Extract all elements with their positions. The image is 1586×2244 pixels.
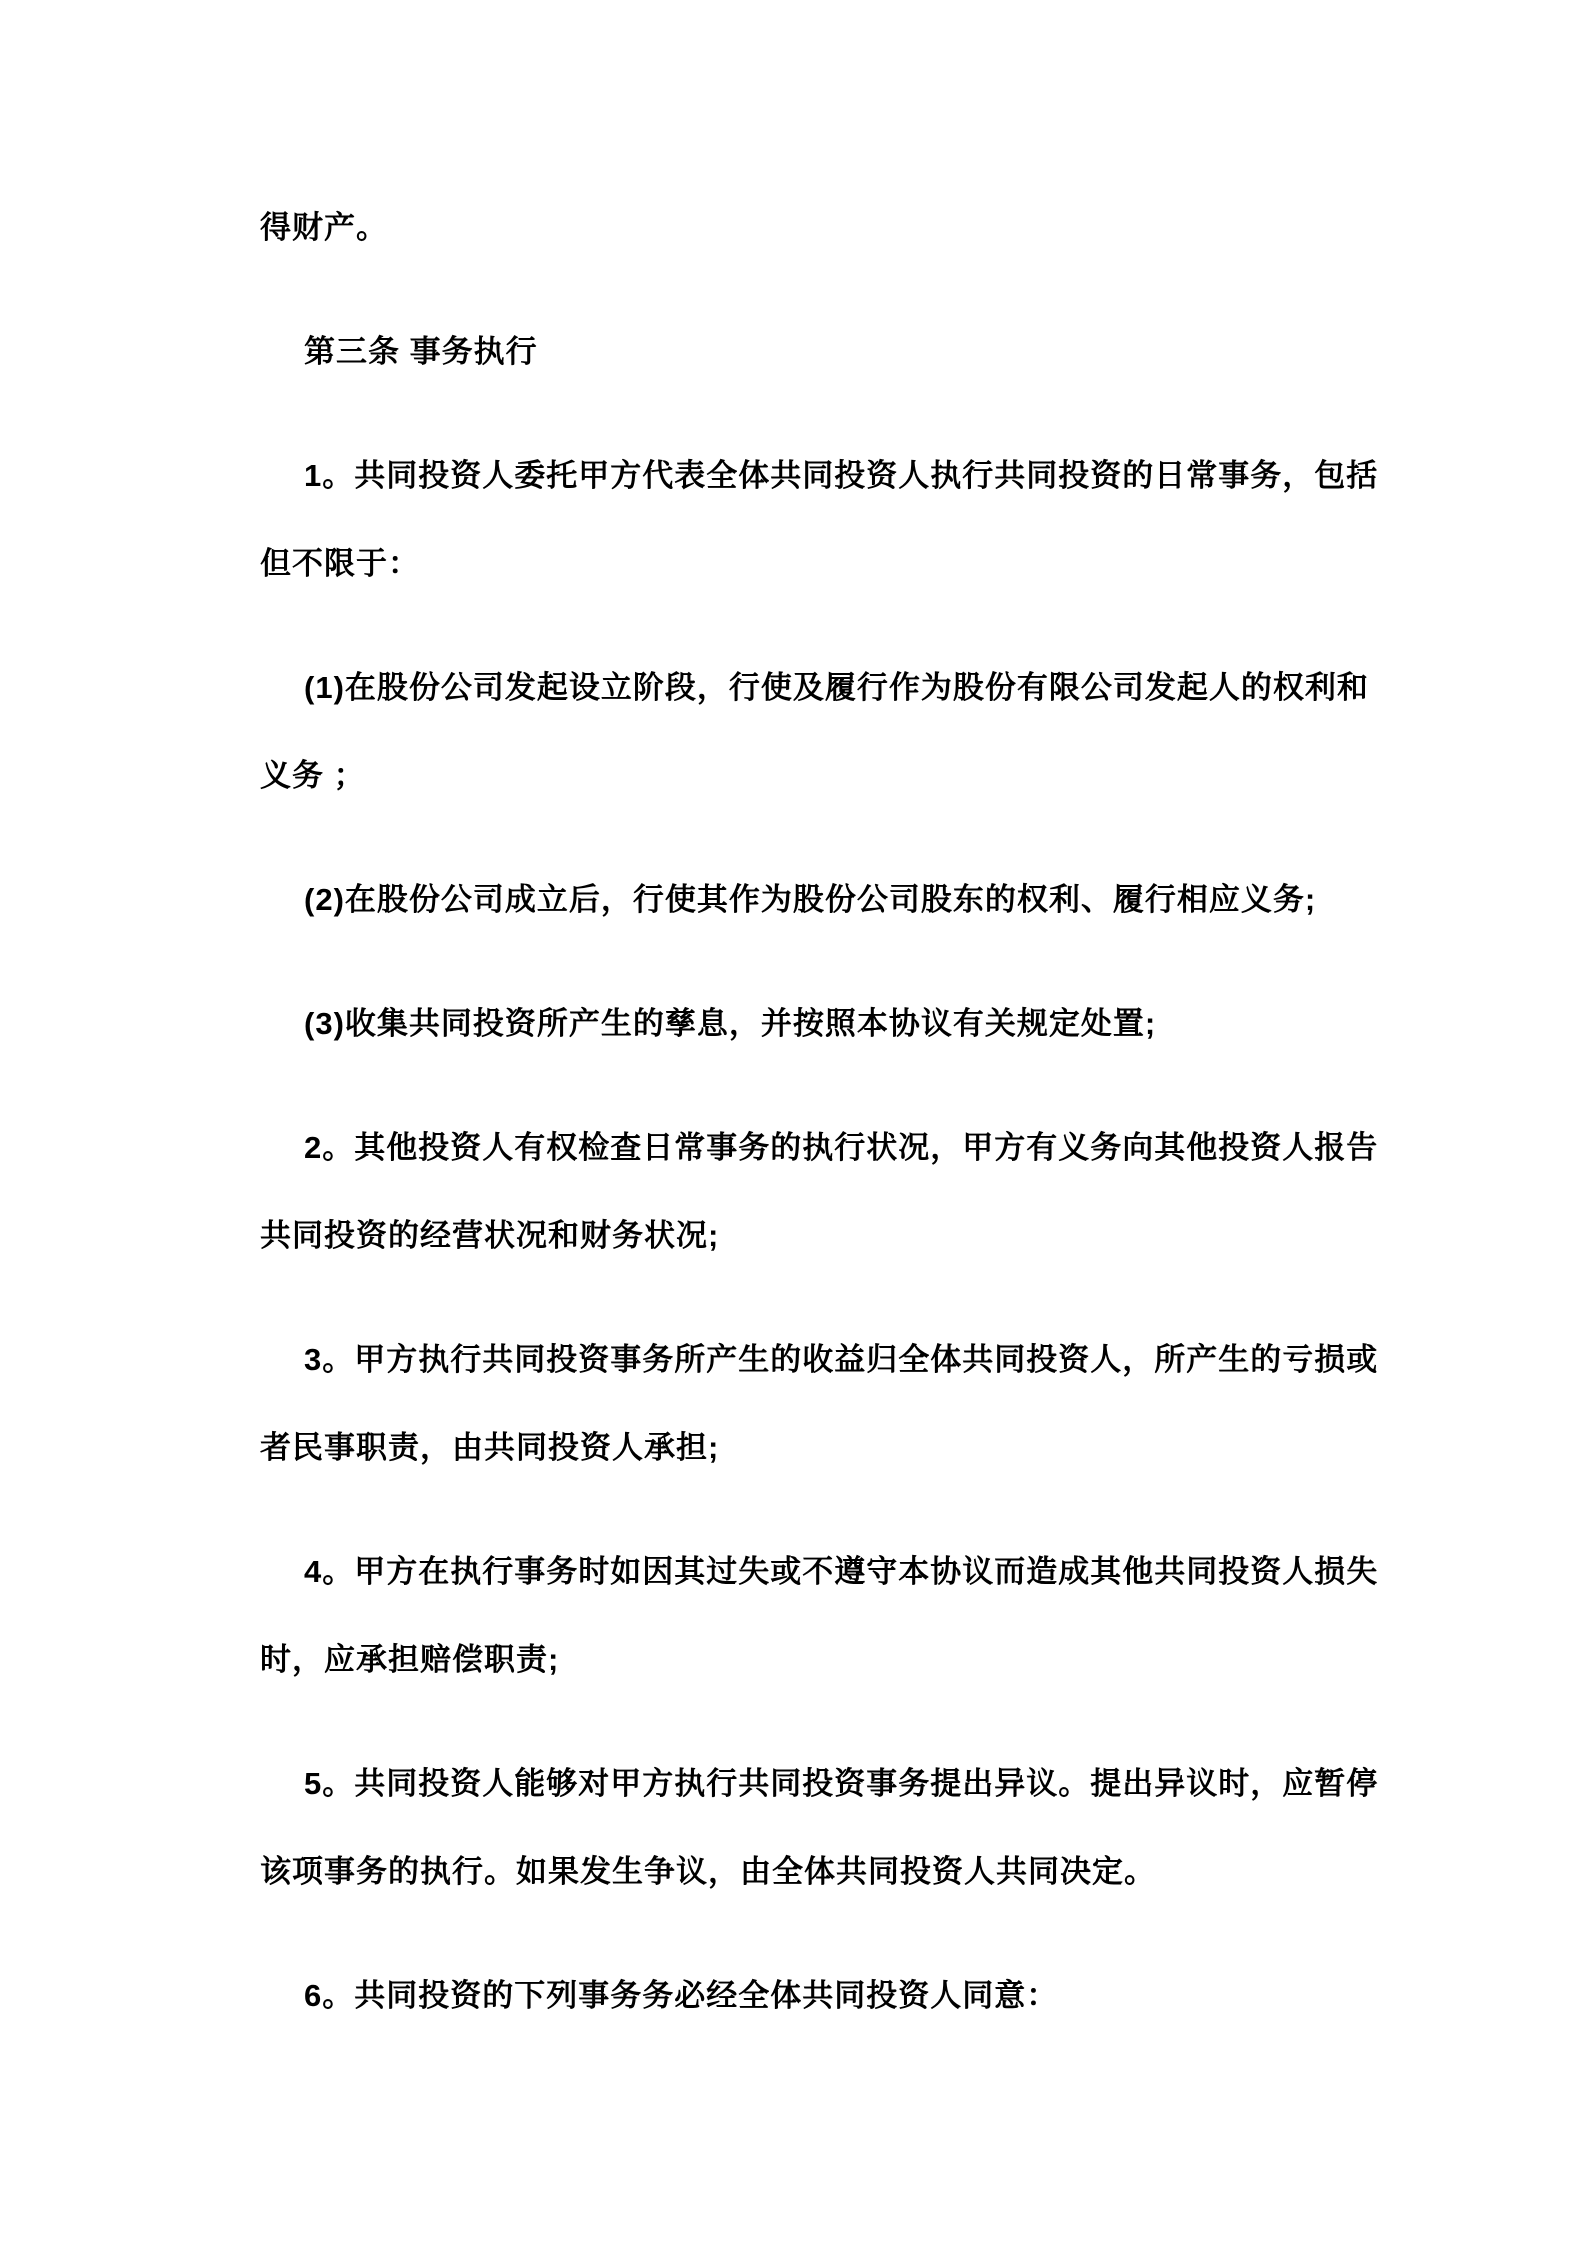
paragraph-item-1: 1。共同投资人委托甲方代表全体共同投资人执行共同投资的日常事务，包括 但不限于： (260, 432, 1406, 608)
section-heading-text: 第三条 事务执行 (260, 308, 1406, 396)
paragraph-line: (1)在股份公司发起设立阶段，行使及履行作为股份有限公司发起人的权利和 (260, 644, 1406, 732)
paragraph-item-5: 5。共同投资人能够对甲方执行共同投资事务提出异议。提出异议时，应暂停 该项事务的… (260, 1740, 1406, 1916)
paragraph-subitem-3: (3)收集共同投资所产生的孳息，并按照本协议有关规定处置; (260, 980, 1406, 1068)
paragraph-item-2: 2。其他投资人有权检查日常事务的执行状况，甲方有义务向其他投资人报告 共同投资的… (260, 1104, 1406, 1280)
paragraph-subitem-2: (2)在股份公司成立后，行使其作为股份公司股东的权利、履行相应义务; (260, 856, 1406, 944)
paragraph-line: 1。共同投资人委托甲方代表全体共同投资人执行共同投资的日常事务，包括 (260, 432, 1406, 520)
paragraph-line: 义务 ； (260, 732, 1406, 820)
paragraph-line: 共同投资的经营状况和财务状况; (260, 1192, 1406, 1280)
paragraph-line: 5。共同投资人能够对甲方执行共同投资事务提出异议。提出异议时，应暂停 (260, 1740, 1406, 1828)
paragraph-continuation: 得财产。 (260, 184, 1406, 272)
paragraph-item-6: 6。共同投资的下列事务务必经全体共同投资人同意： (260, 1952, 1406, 2040)
paragraph-line: 但不限于： (260, 520, 1406, 608)
paragraph-line: 该项事务的执行。如果发生争议，由全体共同投资人共同决定。 (260, 1828, 1406, 1916)
document-page: 得财产。 第三条 事务执行 1。共同投资人委托甲方代表全体共同投资人执行共同投资… (0, 0, 1586, 2244)
paragraph-line: (2)在股份公司成立后，行使其作为股份公司股东的权利、履行相应义务; (260, 856, 1406, 944)
section-heading: 第三条 事务执行 (260, 308, 1406, 396)
paragraph-line: 6。共同投资的下列事务务必经全体共同投资人同意： (260, 1952, 1406, 2040)
paragraph-item-4: 4。甲方在执行事务时如因其过失或不遵守本协议而造成其他共同投资人损失 时，应承担… (260, 1528, 1406, 1704)
paragraph-line: (3)收集共同投资所产生的孳息，并按照本协议有关规定处置; (260, 980, 1406, 1068)
paragraph-line: 4。甲方在执行事务时如因其过失或不遵守本协议而造成其他共同投资人损失 (260, 1528, 1406, 1616)
paragraph-line: 2。其他投资人有权检查日常事务的执行状况，甲方有义务向其他投资人报告 (260, 1104, 1406, 1192)
paragraph-line: 得财产。 (260, 184, 1406, 272)
paragraph-subitem-1: (1)在股份公司发起设立阶段，行使及履行作为股份有限公司发起人的权利和 义务 ； (260, 644, 1406, 820)
paragraph-line: 时，应承担赔偿职责; (260, 1616, 1406, 1704)
paragraph-item-3: 3。甲方执行共同投资事务所产生的收益归全体共同投资人，所产生的亏损或 者民事职责… (260, 1316, 1406, 1492)
paragraph-line: 者民事职责，由共同投资人承担; (260, 1404, 1406, 1492)
paragraph-line: 3。甲方执行共同投资事务所产生的收益归全体共同投资人，所产生的亏损或 (260, 1316, 1406, 1404)
